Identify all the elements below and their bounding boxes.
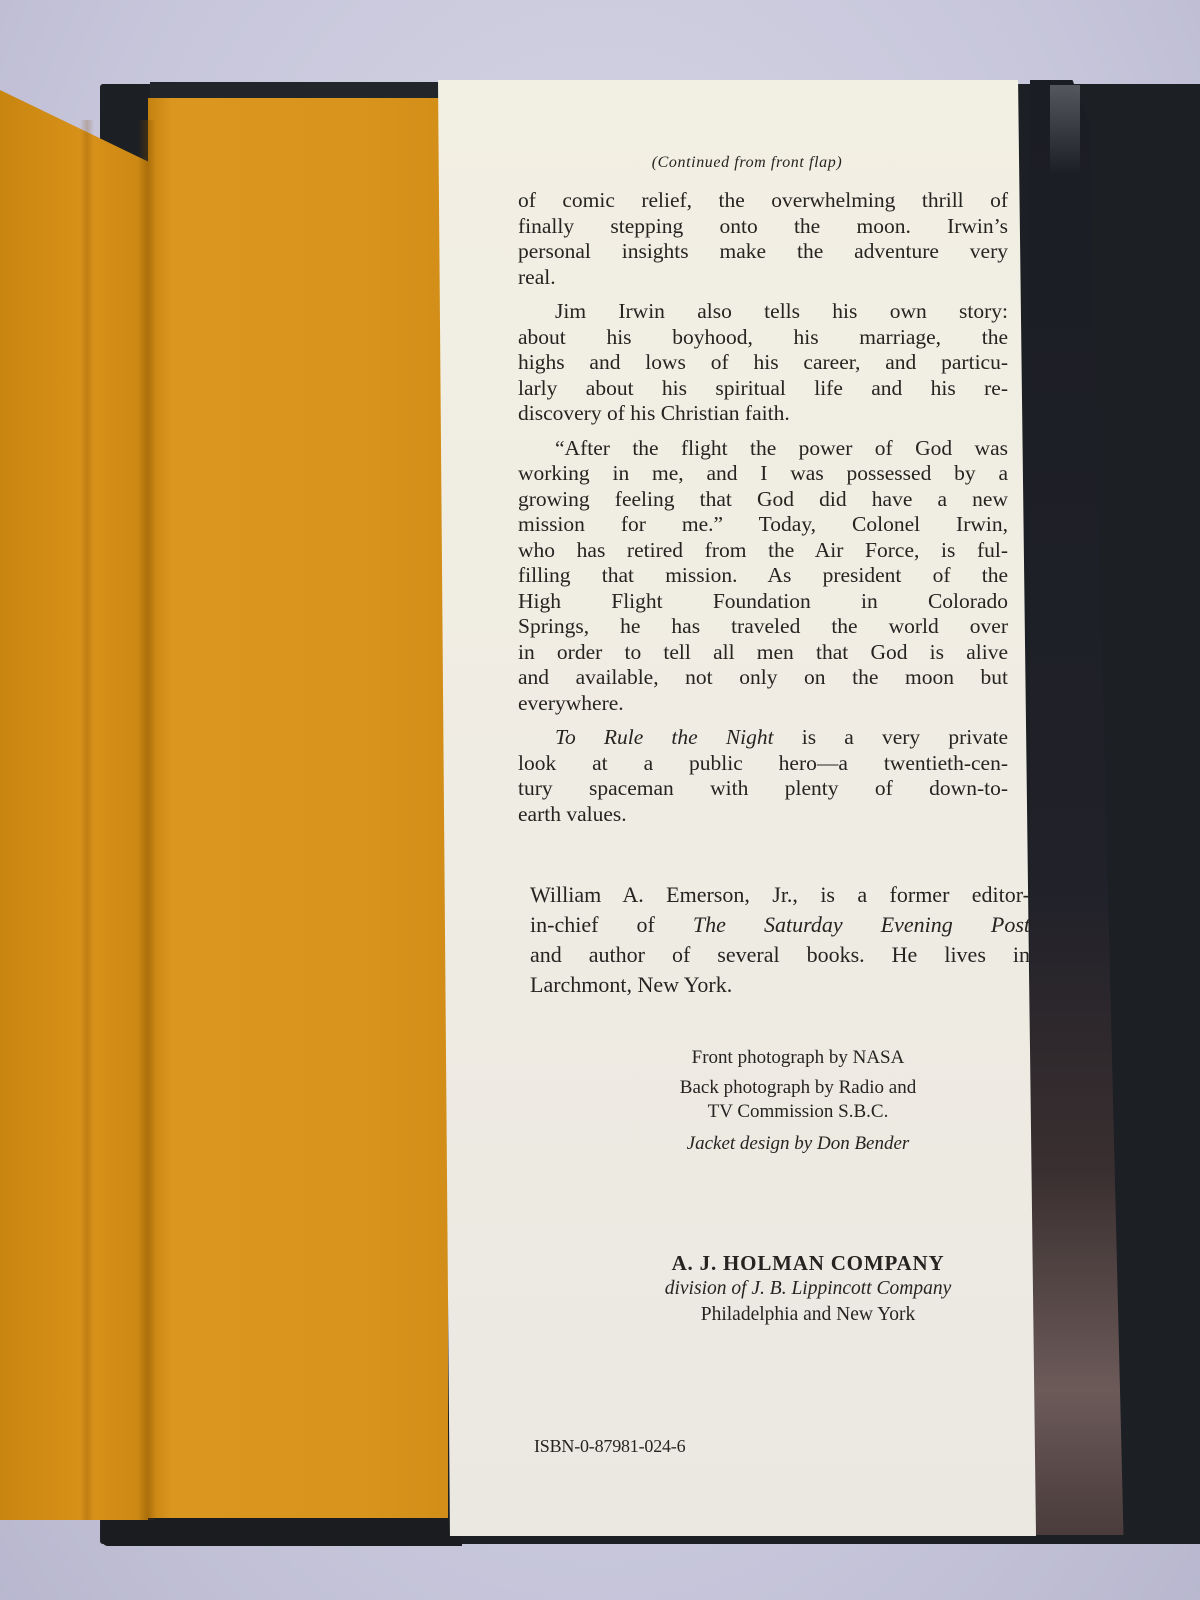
author-bio: William A. Emerson, Jr., is a former edi…	[530, 880, 1030, 1000]
publisher-location: Philadelphia and New York	[568, 1302, 1048, 1328]
text-line: in-chief of The Saturday Evening Post	[530, 910, 1030, 940]
board-bottom-edge	[102, 1518, 462, 1546]
back-photo-credit-line2: TV Commission S.B.C.	[568, 1100, 1028, 1124]
text-line: and available, not only on the moon but	[518, 665, 1008, 691]
text-line: filling that mission. As president of th…	[518, 563, 1008, 589]
text-line: who has retired from the Air Force, is f…	[518, 538, 1008, 564]
front-photo-credit: Front photograph by NASA	[568, 1046, 1028, 1070]
book-title: To Rule the Night	[555, 725, 774, 749]
text-line: Larchmont, New York.	[530, 970, 1030, 1000]
text-fragment: is a very private	[774, 725, 1008, 749]
magazine-title: The Saturday Evening Post	[693, 912, 1030, 937]
jacket-design-credit: Jacket design by Don Bender	[568, 1132, 1028, 1156]
text-line: mission for me.” Today, Colonel Irwin,	[518, 512, 1008, 538]
text-line: highs and lows of his career, and partic…	[518, 350, 1008, 376]
text-line: everywhere.	[518, 691, 1008, 717]
flap-body: of comic relief, the overwhelming thrill…	[518, 188, 1008, 836]
free-endpaper	[0, 90, 148, 1520]
text-line: finally stepping onto the moon. Irwin’s	[518, 214, 1008, 240]
back-photo-credit-line1: Back photograph by Radio and	[568, 1076, 1028, 1100]
text-line: Springs, he has traveled the world over	[518, 614, 1008, 640]
text-line: real.	[518, 265, 1008, 291]
continued-note: (Continued from front flap)	[438, 154, 1036, 172]
isbn-number: ISBN-0-87981-024-6	[534, 1436, 685, 1457]
text-line: and author of several books. He lives in	[530, 940, 1030, 970]
text-line: in order to tell all men that God is ali…	[518, 640, 1008, 666]
endpaper-hinge-crease	[138, 120, 156, 1520]
jacket-flap-text: (Continued from front flap) of comic rel…	[438, 80, 1036, 1536]
text-line: about his boyhood, his marriage, the	[518, 325, 1008, 351]
endpaper-fold-crease	[80, 120, 94, 1520]
pasted-endpaper	[148, 98, 448, 1518]
paragraph-2: Jim Irwin also tells his own story: abou…	[518, 299, 1008, 427]
text-line: High Flight Foundation in Colorado	[518, 589, 1008, 615]
publisher-division: division of J. B. Lippincott Company	[568, 1276, 1048, 1302]
text-line: personal insights make the adventure ver…	[518, 239, 1008, 265]
paragraph-1: of comic relief, the overwhelming thrill…	[518, 188, 1008, 290]
text-line: larly about his spiritual life and his r…	[518, 376, 1008, 402]
paragraph-4: To Rule the Night is a very private look…	[518, 725, 1008, 827]
text-line: “After the flight the power of God was	[518, 436, 1008, 462]
text-line: William A. Emerson, Jr., is a former edi…	[530, 880, 1030, 910]
publisher-name: A. J. HOLMAN COMPANY	[568, 1250, 1048, 1276]
text-line: tury spaceman with plenty of down-to-	[518, 776, 1008, 802]
text-line: earth values.	[518, 802, 1008, 828]
text-line: look at a public hero—a twentieth-cen-	[518, 751, 1008, 777]
paragraph-3: “After the flight the power of God was w…	[518, 436, 1008, 717]
text-fragment: in-chief of	[530, 912, 693, 937]
text-line: of comic relief, the overwhelming thrill…	[518, 188, 1008, 214]
text-line: Jim Irwin also tells his own story:	[518, 299, 1008, 325]
publisher-imprint: A. J. HOLMAN COMPANY division of J. B. L…	[568, 1250, 1048, 1328]
text-line: To Rule the Night is a very private	[518, 725, 1008, 751]
text-line: discovery of his Christian faith.	[518, 401, 1008, 427]
text-line: growing feeling that God did have a new	[518, 487, 1008, 513]
text-line: working in me, and I was possessed by a	[518, 461, 1008, 487]
jacket-edge-wear	[1050, 85, 1080, 175]
photo-credits: Front photograph by NASA Back photograph…	[568, 1046, 1028, 1156]
